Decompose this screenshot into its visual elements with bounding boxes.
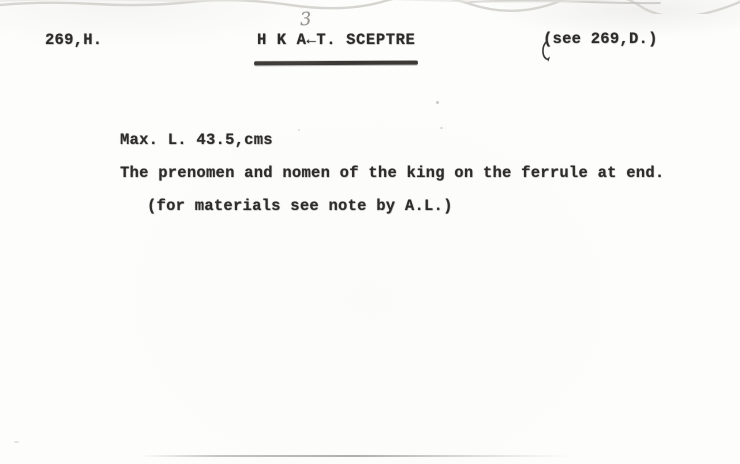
catalog-card: 269,H. 3 H K A←T. SCEPTRE (see 269,D.) M… <box>0 0 740 464</box>
title-underline <box>254 61 418 66</box>
paper-bottom-edge-shadow <box>140 455 570 457</box>
pencil-hook-arrow-icon <box>539 40 553 64</box>
catalog-number: 269,H. <box>45 31 102 49</box>
dust-speck <box>298 129 300 131</box>
dust-speck <box>440 127 443 129</box>
cross-reference: (see 269,D.) <box>543 30 658 48</box>
inscription-line: The prenomen and nomen of the king on th… <box>120 164 664 182</box>
card-title: H K A←T. SCEPTRE <box>257 31 415 49</box>
dust-speck <box>436 101 439 104</box>
pencil-annotation-3: 3 <box>299 9 312 31</box>
materials-note-line: (for materials see note by A.L.) <box>147 197 453 215</box>
dust-speck <box>14 441 19 443</box>
torn-paper-edge-icon <box>0 0 740 14</box>
measurement-line: Max. L. 43.5,cms <box>120 131 273 149</box>
